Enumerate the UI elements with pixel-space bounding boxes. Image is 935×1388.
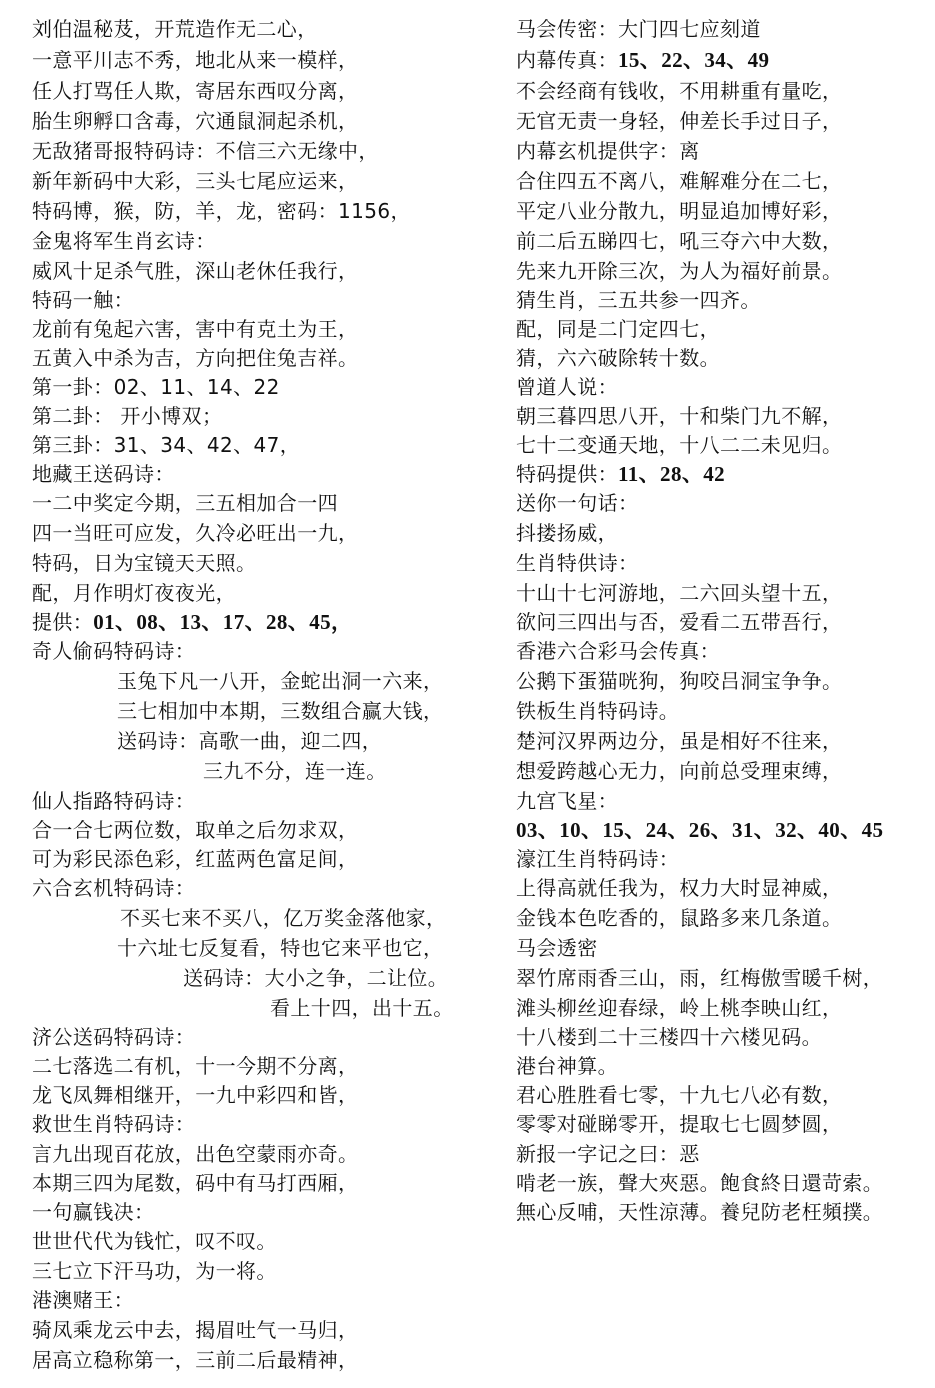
text-line: 看上十四，出十五。: [270, 995, 454, 1021]
text-line: 无官无责一身轻，伸差长手过日子，: [516, 108, 842, 134]
number-list: 11、28、42: [618, 462, 725, 486]
text-line: 提供：01、08、13、17、28、45，: [32, 609, 352, 635]
text-line: 送你一句话：: [516, 490, 638, 516]
text-line: 上得高就任我为，权力大时显神威，: [516, 875, 842, 901]
text-line: 可为彩民添色彩，红蓝两色富足间，: [32, 846, 358, 872]
text-line: 济公送码特码诗：: [32, 1024, 195, 1050]
text-line: 居高立稳称第一，三前二后最精神，: [32, 1347, 358, 1373]
text-line: 特码博，猴，防，羊，龙，密码：1156，: [32, 198, 411, 224]
text-line: 君心胜胜看七零，十九七八必有数，: [516, 1082, 842, 1108]
text-line: 龙飞凤舞相继开，一九中彩四和皆，: [32, 1082, 358, 1108]
text-line: 言九出现百花放，出色空蒙雨亦奇。: [32, 1141, 358, 1167]
text-line: 新年新码中大彩，三头七尾应运来，: [32, 168, 358, 194]
text-line: 马会传密：大门四七应刻道: [516, 16, 761, 42]
number-list: 15、22、34、49: [618, 48, 769, 72]
text-line: 特码一触：: [32, 287, 134, 313]
text-line: 奇人偷码特码诗：: [32, 638, 195, 664]
text-line: 港台神算。: [516, 1053, 618, 1079]
text-line: 配，月作明灯夜夜光，: [32, 580, 236, 606]
line-label: 特码提供：: [516, 462, 618, 486]
text-line: 十八楼到二十三楼四十六楼见码。: [516, 1024, 822, 1050]
text-line: 平定八业分散九，明显追加博好彩，: [516, 198, 842, 224]
text-line: 三七相加中本期，三数组合赢大钱，: [117, 698, 443, 724]
text-line: 内幕传真：15、22、34、49: [516, 47, 769, 73]
text-line: 四一当旺可应发，久冷必旺出一九，: [32, 520, 358, 546]
text-line: 不买七来不买八，亿万奖金落他家，: [120, 905, 446, 931]
text-line: 特码提供：11、28、42: [516, 461, 725, 487]
text-line: 翠竹席雨香三山，雨，红梅傲雪暖千树，: [516, 965, 883, 991]
text-line: 玉兔下凡一八开，金蛇出洞一六来，: [117, 668, 443, 694]
text-line: 胎生卵孵口含毒，穴通鼠洞起杀机，: [32, 108, 358, 134]
text-line: 送码诗：大小之争，二让位。: [183, 965, 448, 991]
text-line: 一意平川志不秀，地北从来一模样，: [32, 47, 358, 73]
text-line: 铁板生肖特码诗。: [516, 698, 679, 724]
text-line: 六合玄机特码诗：: [32, 875, 195, 901]
text-line: 滩头柳丝迎春绿，岭上桃李映山红，: [516, 995, 842, 1021]
text-line: 03、10、15、24、26、31、32、40、45: [516, 817, 883, 843]
text-line: 港澳赌王：: [32, 1287, 134, 1313]
text-line: 先来九开除三次，为人为福好前景。: [516, 258, 842, 284]
text-line: 濠江生肖特码诗：: [516, 846, 679, 872]
text-line: 不会经商有钱收，不用耕重有量吃，: [516, 78, 842, 104]
text-line: 猜生肖，三五共参一四齐。: [516, 287, 761, 313]
text-line: 送码诗：高歌一曲，迎二四，: [117, 728, 382, 754]
line-label: 提供：: [32, 610, 93, 634]
text-line: 仙人指路特码诗：: [32, 788, 195, 814]
text-line: 一二中奖定今期，三五相加合一四: [32, 490, 338, 516]
text-line: 任人打骂任人欺，寄居东西叹分离，: [32, 78, 358, 104]
text-line: 内幕玄机提供字：离: [516, 138, 700, 164]
text-line: 金鬼将军生肖玄诗：: [32, 228, 216, 254]
text-line: 马会透密: [516, 935, 598, 961]
text-line: 世世代代为钱忙，叹不叹。: [32, 1228, 277, 1254]
text-line: 龙前有兔起六害，害中有克土为王，: [32, 316, 358, 342]
text-line: 香港六合彩马会传真：: [516, 638, 720, 664]
text-line: 九宫飞星：: [516, 788, 618, 814]
text-line: 地藏王送码诗：: [32, 461, 175, 487]
text-line: 啃老一族，聲大夾惡。飽食終日還苛索。: [516, 1170, 883, 1196]
text-line: 十六址七反复看，特也它来平也它，: [117, 935, 443, 961]
text-line: 特码，日为宝镜天天照。: [32, 550, 256, 576]
text-line: 想爱跨越心无力，向前总受理束缚，: [516, 758, 842, 784]
text-line: 無心反哺，天性涼薄。養兒防老枉頻撲。: [516, 1199, 883, 1225]
text-line: 第二卦： 开小博双；: [32, 403, 222, 429]
text-line: 五黄入中杀为吉，方向把住兔吉祥。: [32, 345, 358, 371]
line-label: 内幕传真：: [516, 48, 618, 72]
text-line: 二七落选二有机，十一今期不分离，: [32, 1053, 358, 1079]
number-list: 03、10、15、24、26、31、32、40、45: [516, 818, 883, 842]
text-line: 七十二变通天地，十八二二未见归。: [516, 432, 842, 458]
text-line: 零零对碰睇零开，提取七七圆梦圆，: [516, 1111, 842, 1137]
text-line: 合一合七两位数，取单之后勿求双，: [32, 817, 358, 843]
text-line: 骑凤乘龙云中去，揭眉吐气一马归，: [32, 1317, 358, 1343]
text-line: 一句赢钱决：: [32, 1199, 154, 1225]
text-line: 三七立下汗马功，为一将。: [32, 1258, 277, 1284]
text-line: 公鹅下蛋猫咣狗，狗咬吕洞宝争争。: [516, 668, 842, 694]
text-line: 抖搂扬威，: [516, 520, 618, 546]
text-line: 刘伯温秘芨，开荒造作无二心，: [32, 16, 318, 42]
text-line: 新报一字记之曰：恶: [516, 1141, 700, 1167]
text-line: 第三卦：31、34、42、47，: [32, 432, 300, 458]
text-line: 朝三暮四思八开，十和柴门九不解，: [516, 403, 842, 429]
text-line: 三九不分，连一连。: [203, 758, 387, 784]
text-line: 威风十足杀气胜，深山老休任我行，: [32, 258, 358, 284]
text-line: 第一卦：02、11、14、22: [32, 374, 280, 400]
text-line: 本期三四为尾数，码中有马打西厢，: [32, 1170, 358, 1196]
text-line: 猜，六六破除转十数。: [516, 345, 720, 371]
text-line: 前二后五睇四七，吼三夺六中大数，: [516, 228, 842, 254]
text-line: 合住四五不离八，难解难分在二七，: [516, 168, 842, 194]
text-line: 曾道人说：: [516, 374, 618, 400]
text-line: 金钱本色吃香的，鼠路多来几条道。: [516, 905, 842, 931]
text-line: 救世生肖特码诗：: [32, 1111, 195, 1137]
text-line: 生肖特供诗：: [516, 550, 638, 576]
number-list: 01、08、13、17、28、45，: [93, 610, 352, 634]
text-line: 配，同是二门定四七，: [516, 316, 720, 342]
text-line: 楚河汉界两边分，虽是相好不往来，: [516, 728, 842, 754]
text-line: 欲问三四出与否，爱看二五带吾行，: [516, 609, 842, 635]
text-line: 十山十七河游地，二六回头望十五，: [516, 580, 842, 606]
text-line: 无敌猪哥报特码诗：不信三六无缘中，: [32, 138, 379, 164]
